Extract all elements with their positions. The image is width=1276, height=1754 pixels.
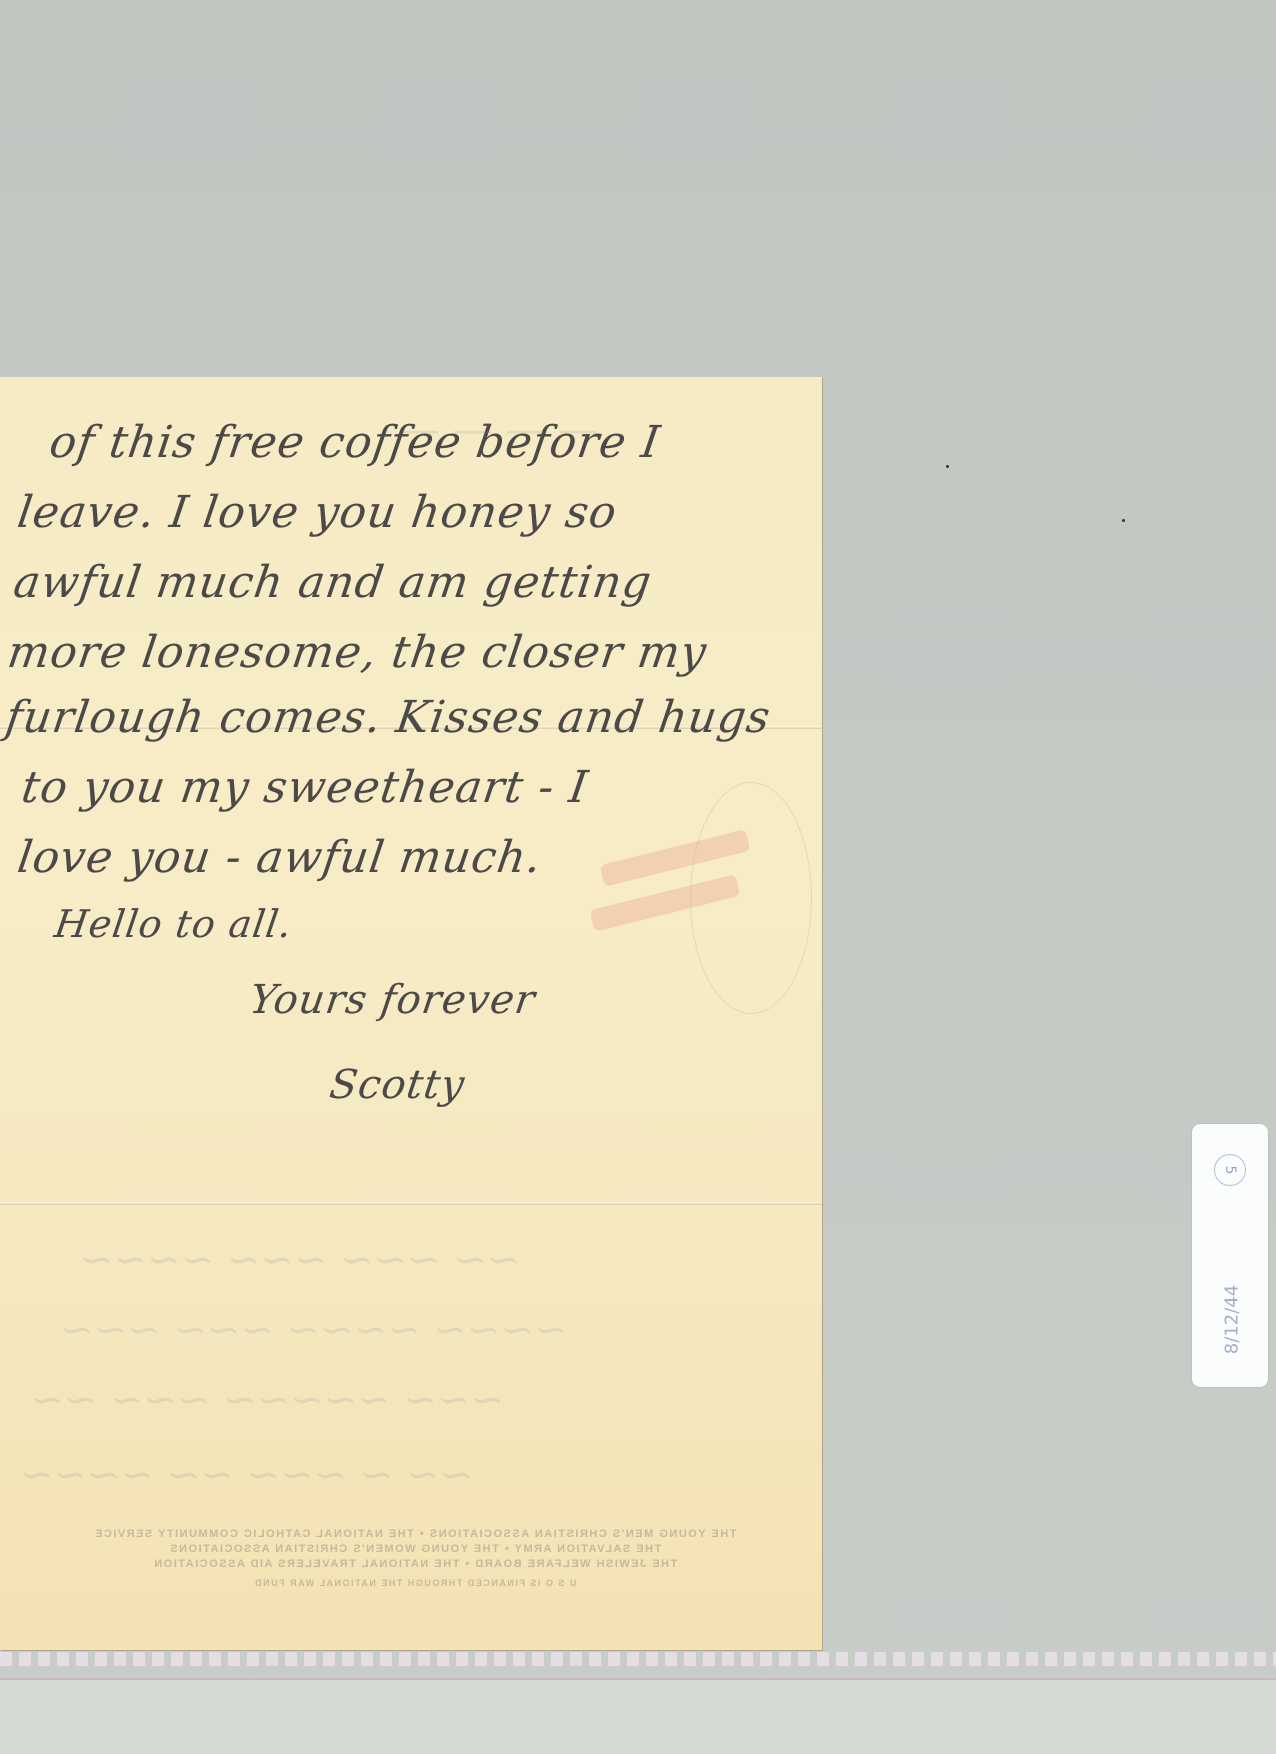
letter-line: to you my sweetheart - I — [18, 762, 591, 813]
dust-speck — [1122, 519, 1125, 522]
footer-line: THE JEWISH WELFARE BOARD • THE NATIONAL … — [30, 1557, 800, 1572]
letter-line: leave. I love you honey so — [14, 487, 620, 538]
signature: Scotty — [327, 1062, 468, 1108]
showthrough-text: ~~ ~ ~~~ ~~ ~~~~ — [20, 1452, 473, 1498]
handwriting: of this free coffee before I leave. I lo… — [0, 377, 822, 1650]
showthrough-text: ~~ ~~~ ~~~ ~~~~ — [80, 1237, 520, 1283]
letter-line: Hello to all. — [52, 902, 295, 946]
footer-line: THE YOUNG MEN'S CHRISTIAN ASSOCIATIONS •… — [30, 1527, 800, 1542]
letter-line: more lonesome, the closer my — [4, 627, 710, 678]
showthrough-text: ~~~ ~~~~~ ~~~ ~~ — [30, 1377, 504, 1423]
archive-label: 5 8/12/44 — [1192, 1124, 1268, 1387]
showthrough-text: — — — — — [400, 407, 598, 453]
sleeve-perforation — [0, 1652, 1276, 1666]
sleeve-edge — [0, 1678, 1276, 1754]
letter-line: love you - awful much. — [14, 832, 545, 883]
footer-tagline: U S O IS FINANCED THROUGH THE NATIONAL W… — [30, 1576, 800, 1591]
letter-line: furlough comes. Kisses and hugs — [2, 692, 774, 743]
letter-line: awful much and am getting — [10, 557, 655, 608]
showthrough-text: ~~~~ ~~~~ ~~~ ~~~ — [60, 1307, 567, 1353]
letter-page: of this free coffee before I leave. I lo… — [0, 377, 822, 1650]
letterhead-footer: THE YOUNG MEN'S CHRISTIAN ASSOCIATIONS •… — [30, 1527, 800, 1591]
dust-speck — [946, 465, 949, 468]
label-date: 8/12/44 — [1222, 1270, 1243, 1370]
closing: Yours forever — [247, 977, 539, 1023]
page-number: 5 — [1214, 1154, 1246, 1186]
footer-line: THE SALVATION ARMY • THE YOUNG WOMEN'S C… — [30, 1542, 800, 1557]
